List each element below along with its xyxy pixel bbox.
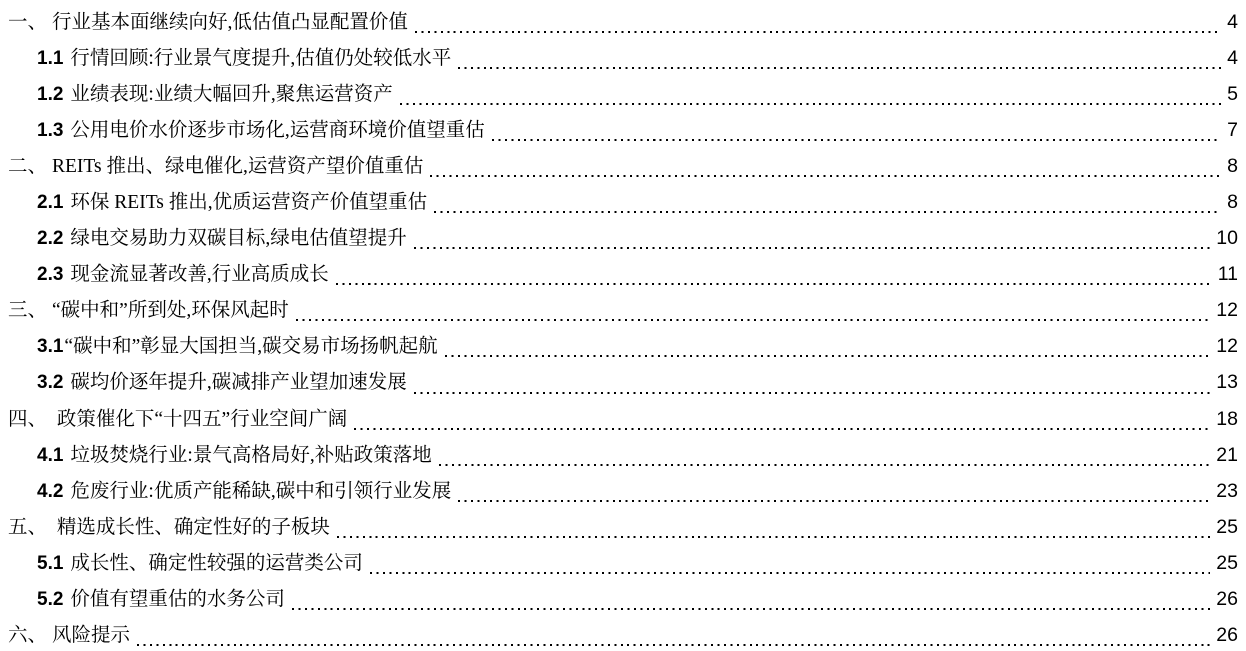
toc-entry[interactable]: 五、 精选成长性、确定性好的子板块 25 xyxy=(8,509,1238,545)
toc-entry-number: 1.1 xyxy=(37,41,63,77)
toc-entry-title: 危废行业:优质产能稀缺,碳中和引领行业发展 xyxy=(70,474,451,510)
dot-leader xyxy=(337,536,1210,538)
toc-page-number: 12 xyxy=(1216,292,1238,328)
toc-entry-number: 2.2 xyxy=(37,221,63,257)
toc-page-number: 23 xyxy=(1216,473,1238,509)
toc-entry-title: 业绩表现:业绩大幅回升,聚焦运营资产 xyxy=(70,77,392,113)
toc-entry-number: 3.2 xyxy=(37,365,63,401)
toc-entry-title: 精选成长性、确定性好的子板块 xyxy=(57,510,330,546)
toc-page-number: 21 xyxy=(1216,437,1238,473)
toc-entry-title: 绿电交易助力双碳目标,绿电估值望提升 xyxy=(70,221,406,257)
toc-entry-number: 4.1 xyxy=(37,438,63,474)
toc-entry[interactable]: 三、 “碳中和”所到处,环保风起时 12 xyxy=(8,292,1238,328)
toc-entry-title: 政策催化下“十四五”行业空间广阔 xyxy=(57,402,347,438)
dot-leader xyxy=(370,572,1210,574)
toc-page: 一、 行业基本面继续向好,低估值凸显配置价值 4 1.1 行情回顾:行业景气度提… xyxy=(0,0,1246,651)
toc-entry-number: 5.1 xyxy=(37,546,63,582)
toc-entry[interactable]: 四、 政策催化下“十四五”行业空间广阔 18 xyxy=(8,401,1238,437)
dot-leader xyxy=(445,355,1211,357)
toc-entry-title: 垃圾焚烧行业:景气高格局好,补贴政策落地 xyxy=(70,438,431,474)
dot-leader xyxy=(458,500,1210,502)
dot-leader xyxy=(137,644,1210,646)
toc-page-number: 7 xyxy=(1227,112,1238,148)
dot-leader xyxy=(414,247,1210,249)
toc-entry-title: 公用电价水价逐步市场化,运营商环境价值望重估 xyxy=(70,113,484,149)
toc-entry[interactable]: 2.2 绿电交易助力双碳目标,绿电估值望提升 10 xyxy=(8,220,1238,256)
toc-entry-number: 二、 xyxy=(8,149,47,185)
toc-entry[interactable]: 六、 风险提示 26 xyxy=(8,617,1238,651)
dot-leader xyxy=(414,392,1210,394)
toc-page-number: 11 xyxy=(1218,256,1238,292)
toc-entry[interactable]: 1.2 业绩表现:业绩大幅回升,聚焦运营资产 5 xyxy=(8,76,1238,112)
toc-entry-number: 三、 xyxy=(8,293,47,329)
toc-entry[interactable]: 1.1 行情回顾:行业景气度提升,估值仍处较低水平 4 xyxy=(8,40,1238,76)
toc-entry-number: 四、 xyxy=(8,402,52,438)
toc-entry-number: 4.2 xyxy=(37,474,63,510)
toc-entry[interactable]: 1.3 公用电价水价逐步市场化,运营商环境价值望重估 7 xyxy=(8,112,1238,148)
toc-entry[interactable]: 4.1 垃圾焚烧行业:景气高格局好,补贴政策落地 21 xyxy=(8,437,1238,473)
toc-entry-title: 价值有望重估的水务公司 xyxy=(70,582,285,618)
toc-entry-number: 六、 xyxy=(8,618,47,651)
toc-page-number: 18 xyxy=(1216,401,1238,437)
toc-entry-number: 3.1 xyxy=(37,329,63,365)
toc-entry-title: 碳均价逐年提升,碳减排产业望加速发展 xyxy=(70,365,406,401)
toc-page-number: 12 xyxy=(1216,328,1238,364)
toc-page-number: 10 xyxy=(1216,220,1238,256)
toc-page-number: 4 xyxy=(1227,4,1238,40)
dot-leader xyxy=(296,319,1211,321)
dot-leader xyxy=(439,464,1211,466)
toc-page-number: 13 xyxy=(1216,364,1238,400)
toc-entry-number: 1.2 xyxy=(37,77,63,113)
toc-entry-title: 风险提示 xyxy=(52,618,130,651)
toc-entry-title: 行情回顾:行业景气度提升,估值仍处较低水平 xyxy=(70,41,451,77)
dot-leader xyxy=(458,67,1221,69)
toc-entry-number: 一、 xyxy=(8,5,47,41)
dot-leader xyxy=(492,139,1221,141)
toc-entry-number: 2.1 xyxy=(37,185,63,221)
toc-entry-title: 成长性、确定性较强的运营类公司 xyxy=(70,546,363,582)
toc-page-number: 25 xyxy=(1216,509,1238,545)
dot-leader xyxy=(434,211,1221,213)
toc-entry-number: 5.2 xyxy=(37,582,63,618)
toc-page-number: 8 xyxy=(1227,184,1238,220)
toc-entry-number: 1.3 xyxy=(37,113,63,149)
toc-page-number: 4 xyxy=(1227,40,1238,76)
toc-page-number: 26 xyxy=(1216,581,1238,617)
toc-entry-number: 2.3 xyxy=(37,257,63,293)
dot-leader xyxy=(430,175,1221,177)
toc-entry[interactable]: 3.1 “碳中和”彰显大国担当,碳交易市场扬帆起航 12 xyxy=(8,328,1238,364)
toc-entry[interactable]: 2.1 环保 REITs 推出,优质运营资产价值望重估 8 xyxy=(8,184,1238,220)
toc-entry[interactable]: 2.3 现金流显著改善,行业高质成长 11 xyxy=(8,256,1238,292)
toc-entry[interactable]: 二、 REITs 推出、绿电催化,运营资产望价值重估 8 xyxy=(8,148,1238,184)
toc-entry-title: 现金流显著改善,行业高质成长 xyxy=(70,257,328,293)
dot-leader xyxy=(354,428,1210,430)
toc-entry[interactable]: 3.2 碳均价逐年提升,碳减排产业望加速发展 13 xyxy=(8,364,1238,400)
toc-entry[interactable]: 5.1 成长性、确定性较强的运营类公司 25 xyxy=(8,545,1238,581)
toc-entry-title: REITs 推出、绿电催化,运营资产望价值重估 xyxy=(52,149,423,185)
toc-entry-title: 环保 REITs 推出,优质运营资产价值望重估 xyxy=(70,185,427,221)
dot-leader xyxy=(292,608,1210,610)
dot-leader xyxy=(400,103,1221,105)
toc-page-number: 5 xyxy=(1227,76,1238,112)
toc-entry[interactable]: 4.2 危废行业:优质产能稀缺,碳中和引领行业发展 23 xyxy=(8,473,1238,509)
toc-entry-title: “碳中和”彰显大国担当,碳交易市场扬帆起航 xyxy=(64,329,437,365)
toc-entry-number: 五、 xyxy=(8,510,52,546)
dot-leader xyxy=(336,283,1212,285)
dot-leader xyxy=(415,31,1221,33)
toc-page-number: 25 xyxy=(1216,545,1238,581)
toc-entry-title: “碳中和”所到处,环保风起时 xyxy=(52,293,289,329)
toc-page-number: 8 xyxy=(1227,148,1238,184)
toc-entry[interactable]: 一、 行业基本面继续向好,低估值凸显配置价值 4 xyxy=(8,4,1238,40)
toc-entry-title: 行业基本面继续向好,低估值凸显配置价值 xyxy=(52,5,408,41)
toc-page-number: 26 xyxy=(1216,617,1238,651)
toc-entry[interactable]: 5.2 价值有望重估的水务公司 26 xyxy=(8,581,1238,617)
